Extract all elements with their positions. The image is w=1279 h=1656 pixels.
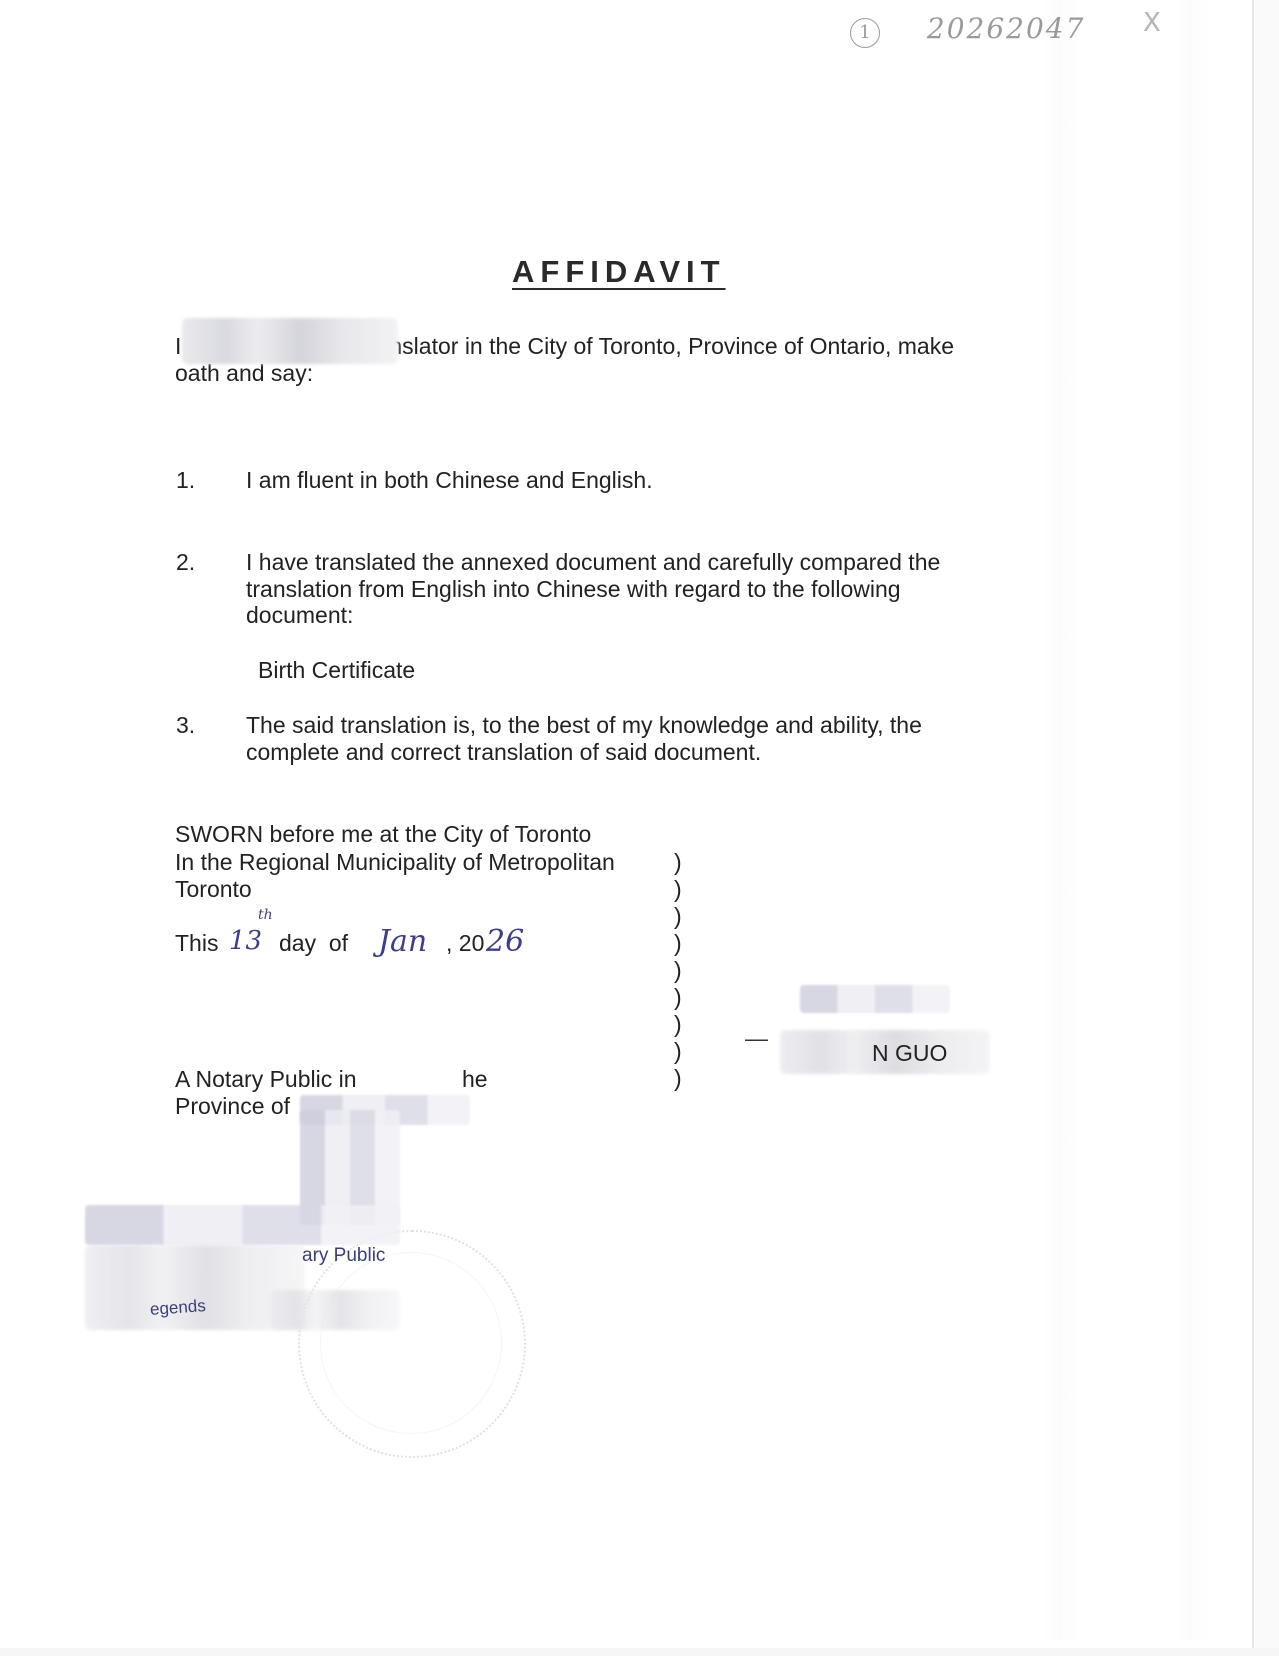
document-name: Birth Certificate: [258, 657, 415, 684]
redacted-name: [182, 318, 398, 364]
paragraph-2-line-1: I have translated the annexed document a…: [246, 549, 940, 576]
notary-line-2: Province of: [175, 1093, 290, 1120]
notary-line-1-end: he: [462, 1066, 488, 1093]
stamp-address: egends: [149, 1296, 206, 1320]
handwritten-month: Jan: [378, 924, 427, 959]
handwritten-day: 13: [229, 926, 262, 956]
handwritten-day-suffix: th: [258, 907, 273, 923]
paragraph-3-line-1: The said translation is, to the best of …: [246, 712, 922, 739]
paragraph-3-line-2: complete and correct translation of said…: [246, 739, 761, 766]
jurat-line-1: SWORN before me at the City of Toronto: [175, 821, 591, 848]
background-strip-bottom: [0, 1648, 1279, 1656]
paragraph-number: 3.: [176, 712, 195, 739]
notary-seal-inner: [320, 1252, 502, 1434]
handwritten-year: 26: [486, 924, 524, 959]
redacted-stamp-name: [85, 1205, 400, 1245]
redacted-signature: [800, 985, 950, 1013]
parentheses-column: ) ) ) ) ) ) ) ) ): [674, 849, 682, 1092]
background-strip: [1254, 0, 1279, 1656]
signature-line-dash: —: [745, 1025, 768, 1052]
intro-end: nslator in the City of Toronto, Province…: [389, 333, 954, 359]
document-title: AFFIDAVIT: [512, 254, 726, 290]
jurat-line-2: In the Regional Municipality of Metropol…: [175, 849, 615, 876]
paragraph-1-text: I am fluent in both Chinese and English.: [246, 467, 653, 494]
paragraph-number: 2.: [176, 549, 195, 576]
scan-artifact: [1170, 0, 1210, 1640]
deponent-name: N GUO: [872, 1040, 947, 1067]
circled-number: 1: [850, 18, 880, 48]
redacted-stamp-address: [270, 1290, 400, 1330]
intro-line-2: oath and say:: [175, 360, 313, 387]
jurat-date-prefix: This: [175, 930, 218, 957]
paragraph-2-line-2: translation from English into Chinese wi…: [246, 576, 901, 603]
scan-artifact: [1040, 0, 1080, 1640]
handwritten-reference: 20262047: [927, 12, 1086, 45]
paragraph-number: 1.: [176, 467, 195, 494]
intro-start: I: [175, 333, 181, 359]
notary-line-1: A Notary Public in: [175, 1066, 357, 1093]
paragraph-2-line-3: document:: [246, 602, 353, 629]
jurat-line-3: Toronto: [175, 876, 252, 903]
jurat-day-of: day of: [279, 930, 348, 957]
handwritten-reference-note: 1 20262047: [850, 12, 1085, 48]
jurat-year-prefix: , 20: [446, 930, 484, 957]
x-mark-icon: X: [1143, 8, 1161, 38]
stamp-title: ary Public: [302, 1245, 385, 1267]
